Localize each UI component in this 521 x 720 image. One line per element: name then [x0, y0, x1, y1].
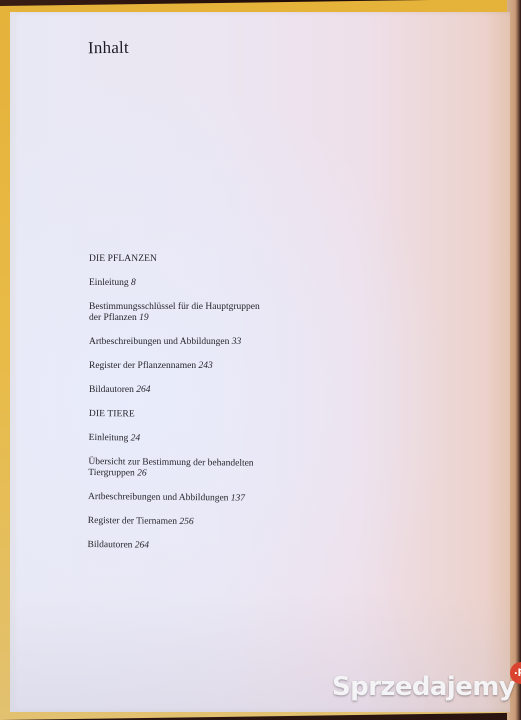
- watermark-brand: Sprzedajemy: [332, 672, 515, 702]
- toc-section-plants: DIE PFLANZEN Einleitung 8 Bestimmungssch…: [89, 254, 389, 396]
- toc-entry: Register der Tiernamen 256: [88, 516, 388, 530]
- toc-entry: Artbeschreibungen und Abbildungen 33: [89, 337, 389, 348]
- entry-page-number: 8: [131, 278, 136, 288]
- entry-text-continued: der Pflanzen: [89, 313, 137, 323]
- table-of-contents: DIE PFLANZEN Einleitung 8 Bestimmungssch…: [89, 254, 389, 564]
- entry-text: Register der Pflanzennamen: [89, 361, 196, 371]
- entry-text: Einleitung: [89, 278, 129, 288]
- entry-page-number: 137: [231, 493, 245, 503]
- entry-page-number: 26: [137, 469, 147, 479]
- section-heading: DIE PFLANZEN: [89, 254, 389, 265]
- toc-entry: Einleitung 8: [89, 278, 389, 289]
- toc-entry: Register der Pflanzennamen 243: [89, 361, 389, 372]
- entry-text: Einleitung: [89, 433, 129, 443]
- entry-page-number: 264: [135, 540, 149, 550]
- toc-entry: Bestimmungsschlüssel für die Hauptgruppe…: [89, 302, 389, 324]
- entry-text: Artbeschreibungen und Abbildungen: [88, 492, 228, 503]
- toc-entry: Bildautoren 264: [88, 540, 388, 554]
- entry-text: Register der Tiernamen: [88, 516, 177, 527]
- entry-page-number: 33: [232, 337, 242, 347]
- entry-text: Übersicht zur Bestimmung der behandelten: [88, 457, 253, 469]
- entry-page-number: 264: [136, 385, 150, 395]
- toc-entry: Bildautoren 264: [89, 385, 389, 396]
- entry-page-number: 24: [131, 433, 141, 443]
- entry-page-number: 19: [139, 313, 149, 323]
- entry-text: Artbeschreibungen und Abbildungen: [89, 337, 229, 347]
- entry-page-number: 256: [179, 517, 193, 527]
- toc-entry: Übersicht zur Bestimmung der behandelten…: [88, 457, 388, 482]
- section-heading: DIE TIERE: [89, 409, 389, 423]
- book-photo: Inhalt DIE PFLANZEN Einleitung 8 Bestimm…: [0, 0, 521, 720]
- entry-text-continued: Tiergruppen: [88, 468, 135, 478]
- entry-page-number: 243: [198, 361, 212, 371]
- entry-text: Bildautoren: [88, 540, 133, 550]
- page-title: Inhalt: [88, 38, 129, 58]
- entry-text: Bildautoren: [89, 385, 134, 395]
- watermark-logo: Sprzedajemy .pl: [332, 672, 515, 702]
- toc-entry: Einleitung 24: [89, 433, 389, 447]
- toc-section-animals: DIE TIERE Einleitung 24 Übersicht zur Be…: [88, 409, 389, 554]
- entry-text: Bestimmungsschlüssel für die Hauptgruppe…: [89, 302, 260, 312]
- toc-entry: Artbeschreibungen und Abbildungen 137: [88, 492, 388, 506]
